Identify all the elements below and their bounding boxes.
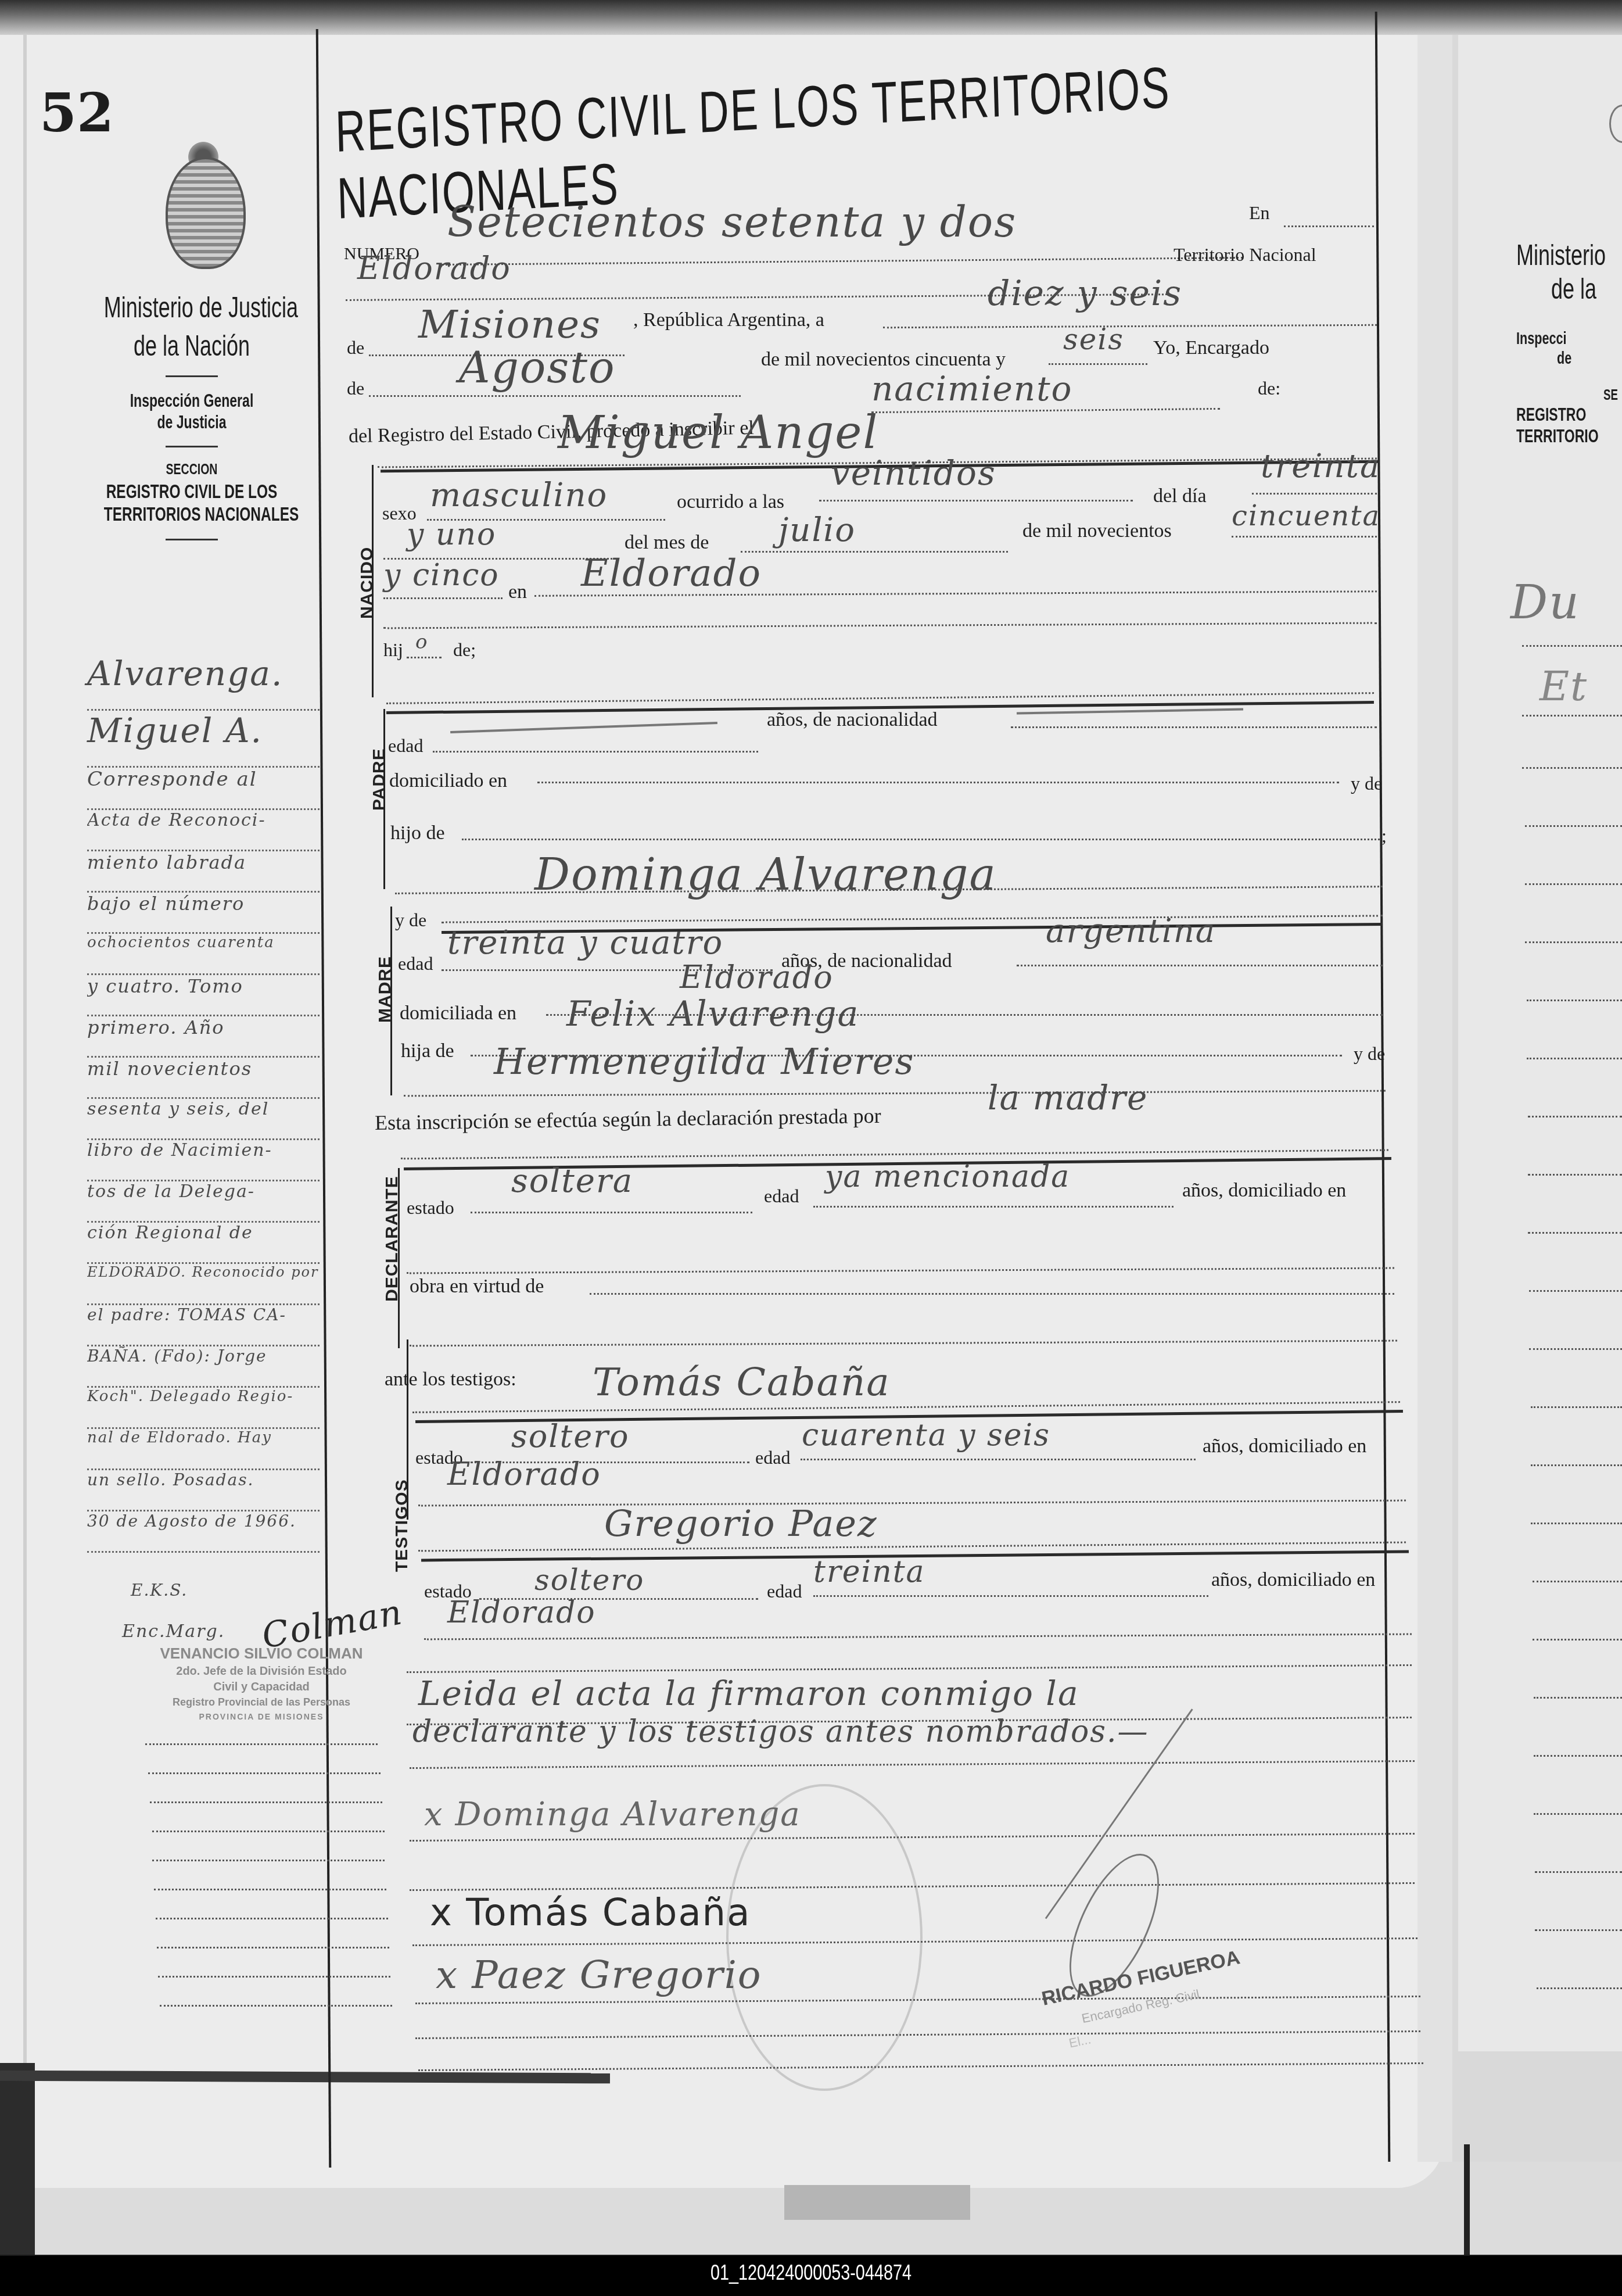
birthplace-en-label: en: [508, 581, 527, 603]
t2-edad-label: edad: [767, 1581, 802, 1602]
facing-page-line: [1529, 1290, 1622, 1292]
day-of-birth-line: [1252, 493, 1377, 495]
hour-value: veintidos: [831, 453, 996, 493]
place-value: Eldorado: [357, 250, 511, 286]
declarante-edad-line: [813, 1206, 1174, 1208]
de-colon-label: de:: [1258, 378, 1280, 399]
hour-line: [819, 500, 1133, 502]
madre-nacionalidad-line: [1017, 965, 1383, 966]
year-label: de mil novecientos cincuenta y: [761, 349, 1006, 371]
declarante-edad-value: ya mencionada: [825, 1159, 1070, 1194]
facing-inspection-line: Inspecci: [1516, 329, 1600, 349]
facing-section-line: TERRITORIO: [1516, 425, 1600, 447]
closing-line-1: Leida el acta la firmaron conmigo la: [418, 1674, 1079, 1713]
facing-page-line: [1535, 1871, 1622, 1873]
padre-edad-line: [433, 751, 758, 753]
margin-note-line: ción Regional de: [87, 1223, 320, 1264]
image-id-label: 01_120424000053-044874: [162, 2261, 1460, 2285]
margin-note-line: tos de la Delega-: [87, 1181, 320, 1223]
declarante-estado-label: estado: [407, 1197, 454, 1219]
page-curl-edge: [1418, 17, 1452, 2162]
padre-y-de-label: y de: [1351, 773, 1382, 794]
signature-testigo-1: x Tomás Cabaña: [430, 1892, 751, 1935]
signature-testigo-2: x Paez Gregorio: [436, 1953, 762, 1997]
t1-domicilio-value: Eldorado: [447, 1456, 601, 1492]
facing-page-handwriting: Du: [1510, 575, 1580, 629]
facing-section-line: REGISTRO: [1516, 404, 1600, 425]
numero-value: Setecientos setenta y dos: [447, 198, 1017, 246]
hij-line: [407, 657, 442, 658]
declarante-section-label: DECLARANTE: [382, 1176, 402, 1302]
divider: [166, 446, 218, 447]
padre-nacionalidad-line: [1011, 726, 1377, 728]
republica-label: , República Argentina, a: [633, 309, 824, 331]
birth-year-label: de mil novecientos: [1022, 520, 1172, 542]
obra-label: obra en virtud de: [410, 1276, 544, 1298]
margin-note-line: ELDORADO. Reconocido por: [87, 1264, 320, 1305]
birth-year-cont-line: [383, 597, 503, 599]
margin-note-line: sesenta y seis, del: [87, 1099, 320, 1140]
facing-page-line: [1525, 941, 1622, 943]
facing-page-line: [1533, 1639, 1622, 1640]
margin-note-line: bajo el número: [87, 893, 320, 934]
stamp-line: Civil y Capacidad: [139, 1681, 383, 1694]
year-value: seis: [1063, 323, 1124, 356]
section-label: SECCION: [101, 460, 284, 478]
facing-page-handwriting: Et: [1540, 662, 1588, 710]
divider: [166, 539, 218, 540]
t2-edad-line: [813, 1595, 1208, 1597]
margin-note-line: Koch". Delegado Regio-: [87, 1388, 320, 1429]
t2-domicilio-value: Eldorado: [447, 1595, 596, 1630]
encargado-label: Yo, Encargado: [1153, 337, 1269, 359]
month-line: [369, 395, 741, 397]
margin-note-line: ochocientos cuarenta: [87, 934, 320, 975]
page-number: 52: [40, 81, 114, 144]
t1-edad-line: [801, 1459, 1196, 1460]
coat-of-arms-icon: [166, 157, 246, 269]
madre-y-de-label: y de: [395, 909, 426, 931]
margin-note-line: el padre: TOMAS CA-: [87, 1305, 320, 1346]
ministry-name: Ministerio de Justicia: [104, 291, 279, 324]
enc-marg-label: Enc.Marg.: [122, 1621, 225, 1642]
madre-hija-de-label: hija de: [401, 1040, 454, 1062]
declarante-estado-value: soltera: [511, 1162, 633, 1200]
signature-declarante: x Dominga Alvarenga: [424, 1796, 801, 1833]
padre-domicilio-label: domiciliado en: [389, 770, 507, 792]
empty-line: [148, 1772, 381, 1774]
madre-mother-value: Hermenegilda Mieres: [494, 1040, 914, 1083]
madre-edad-value: treinta y cuatro: [447, 924, 723, 962]
margin-note-line: libro de Nacimien-: [87, 1140, 320, 1181]
facing-inspection-line: de: [1557, 349, 1612, 368]
madre-edad-label: edad: [398, 953, 433, 975]
empty-line: [152, 1831, 385, 1832]
stamp-line: 2do. Jefe de la División Estado: [139, 1665, 383, 1678]
padre-domicilio-line: [537, 782, 1339, 783]
testigos-section-label: TESTIGOS: [392, 1479, 412, 1572]
ministry-header: Ministerio de Justicia de la Nación Insp…: [70, 291, 314, 553]
facing-page-line: [1522, 715, 1622, 717]
margin-note-line: BAÑA. (Fdo): Jorge: [87, 1346, 320, 1388]
madre-nacionalidad-value: argentina: [1046, 912, 1216, 950]
obra-line: [590, 1293, 1394, 1295]
en-label: En: [1249, 202, 1270, 224]
hij-label: hij: [383, 639, 403, 661]
madre-domicilio-label: domiciliada en: [400, 1002, 516, 1025]
t1-edad-label: edad: [755, 1447, 790, 1468]
t2-name: Gregorio Paez: [604, 1502, 878, 1545]
facing-page-line: [1531, 1523, 1622, 1524]
declarante-edad-label: edad: [764, 1185, 799, 1207]
margin-note-line: nal de Eldorado. Hay: [87, 1429, 320, 1470]
official-stamp-colman: VENANCIO SILVIO COLMAN 2do. Jefe de la D…: [139, 1645, 383, 1721]
padre-semicolon: ;: [1381, 825, 1387, 847]
birth-year-value: cincuenta: [1232, 500, 1380, 532]
de-label: de: [347, 337, 364, 359]
hij-value: o: [415, 631, 428, 654]
madre-section-label: MADRE: [375, 956, 395, 1023]
en-line: [1284, 225, 1374, 227]
t2-edad-value: treinta: [813, 1554, 925, 1589]
t2-estado-value: soltero: [534, 1563, 644, 1597]
facing-page-line: [1522, 767, 1622, 769]
stamp-line: Registro Provincial de las Personas: [139, 1696, 383, 1708]
stamp-line: VENANCIO SILVIO COLMAN: [139, 1645, 383, 1663]
margin-note-line: primero. Año: [87, 1016, 320, 1058]
margin-note-line: y cuatro. Tomo: [87, 975, 320, 1016]
testigo1-name: Tomás Cabaña: [593, 1360, 891, 1405]
facing-page-line: [1534, 1813, 1622, 1815]
margin-note-line: Alvarenga.: [87, 654, 320, 711]
mes-label: del mes de: [625, 532, 709, 554]
empty-line: [145, 1743, 378, 1745]
birth-year-cont: y cinco: [383, 558, 500, 593]
mother-name-value: Dominga Alvarenga: [534, 848, 997, 900]
de-label: de: [347, 378, 364, 399]
margin-note-line: Corresponde al: [87, 768, 320, 810]
spine-shadow: [1464, 2144, 1470, 2255]
facing-page-line: [1531, 1464, 1622, 1466]
hij-de-label: de;: [453, 639, 476, 661]
facing-page-line: [1535, 1929, 1622, 1931]
margin-note-line: miento labrada: [87, 851, 320, 893]
birth-month-value: julio: [778, 511, 856, 549]
facing-page-line: [1525, 883, 1622, 885]
testigos-label: ante los testigos:: [385, 1369, 516, 1391]
padre-hijo-de-line: [462, 839, 1380, 840]
territorio-label: Territorio Nacional: [1174, 244, 1316, 266]
t1-estado-value: soltero: [511, 1418, 629, 1455]
closing-line-2: declarante y los testigos antes nombrado…: [412, 1714, 1149, 1749]
margin-note-line: un sello. Posadas.: [87, 1470, 320, 1511]
day-of-birth-cont: y uno: [407, 517, 496, 552]
declarante-anos-label: años, domiciliado en: [1182, 1180, 1346, 1202]
empty-line: [154, 1889, 386, 1890]
empty-line: [158, 1976, 390, 1978]
act-type-value: nacimiento: [871, 369, 1072, 409]
facing-page-line: [1531, 1406, 1622, 1408]
facing-page-line: [1522, 645, 1622, 647]
birth-year-line: [1232, 536, 1377, 538]
nacido-section-label: NACIDO: [357, 547, 377, 619]
facing-page-line: [1534, 1697, 1622, 1699]
empty-line: [152, 1860, 385, 1861]
tab-slip: [784, 2185, 970, 2220]
section-name: REGISTRO CIVIL DE LOS: [104, 481, 279, 503]
ocurrido-label: ocurrido a las: [677, 491, 784, 513]
madre-father-value: Felix Alvarenga: [566, 994, 859, 1034]
margin-note-line: Acta de Reconoci-: [87, 810, 320, 851]
empty-line: [160, 2005, 392, 2007]
facing-page-line: [1537, 1987, 1622, 1989]
binding-edge: [23, 26, 27, 2072]
declarante-estado-line: [471, 1212, 752, 1213]
inspection-name: Inspección General: [104, 390, 279, 411]
dia-label: del día: [1153, 485, 1207, 507]
birthplace-value: Eldorado: [581, 552, 762, 595]
facing-page-ministry: Ministerio de la Inspecci de SE REGISTRO…: [1516, 238, 1622, 447]
padre-hijo-de-label: hijo de: [390, 822, 444, 844]
child-name-value: Miguel Angel: [558, 407, 878, 459]
t1-anos-label: años, domiciliado en: [1203, 1435, 1366, 1457]
stamp-line: PROVINCIA DE MISIONES: [139, 1712, 383, 1721]
facing-ministry-line: de la: [1551, 272, 1610, 306]
t2-anos-label: años, domiciliado en: [1211, 1569, 1375, 1591]
padre-section-label: PADRE: [369, 748, 389, 811]
divider: [166, 375, 218, 377]
margin-note-line: Miguel A.: [87, 711, 320, 768]
facing-page-line: [1527, 1000, 1622, 1001]
margin-note: Alvarenga. Miguel A. Corresponde al Acta…: [87, 654, 320, 1553]
facing-page-line: [1528, 1174, 1622, 1176]
declarante-value: la madre: [988, 1078, 1148, 1117]
t1-edad-value: cuarenta y seis: [802, 1418, 1050, 1453]
margin-note-line: mil novecientos: [87, 1058, 320, 1099]
facing-page-line: [1528, 1116, 1622, 1117]
inspection-name-cont: de Justicia: [104, 411, 279, 433]
empty-line: [150, 1801, 382, 1803]
top-shadow: [0, 0, 1622, 35]
facing-page-line: [1527, 1058, 1622, 1059]
facing-page-line: [1528, 1232, 1622, 1234]
facing-page-line: [1534, 1755, 1622, 1757]
empty-line: [156, 1918, 388, 1919]
madre-y-de2-label: y de: [1354, 1043, 1385, 1065]
day-value: diez y seis: [988, 273, 1182, 314]
ministry-name-cont: de la Nación: [104, 329, 279, 363]
facing-section-label: SE: [1603, 386, 1622, 404]
madre-domicilio-value: Eldorado: [680, 959, 834, 995]
padre-anos-label: años, de nacionalidad: [767, 709, 938, 731]
year-line: [1049, 363, 1147, 365]
facing-page-line: [1533, 1581, 1622, 1582]
facing-page-line: [1525, 825, 1622, 827]
facing-page-line: [1529, 1348, 1622, 1350]
section-name-cont: TERRITORIOS NACIONALES: [104, 503, 279, 526]
cover-edge: [0, 2063, 35, 2255]
padre-edad-label: edad: [388, 735, 423, 757]
margin-note-line: 30 de Agosto de 1966.: [87, 1511, 320, 1553]
territory-value: Misiones: [418, 302, 601, 347]
facing-ministry-line: Ministerio: [1516, 238, 1600, 272]
month-value: Agosto: [459, 343, 616, 393]
margin-initials: E.K.S.: [131, 1581, 188, 1600]
sexo-value: masculino: [430, 477, 608, 514]
coat-of-arms-icon: [1609, 105, 1622, 143]
facing-page-header: [1510, 105, 1622, 143]
birth-month-line: [741, 551, 1008, 553]
empty-line: [157, 1947, 389, 1948]
day-of-birth-value: treinta: [1261, 447, 1380, 485]
